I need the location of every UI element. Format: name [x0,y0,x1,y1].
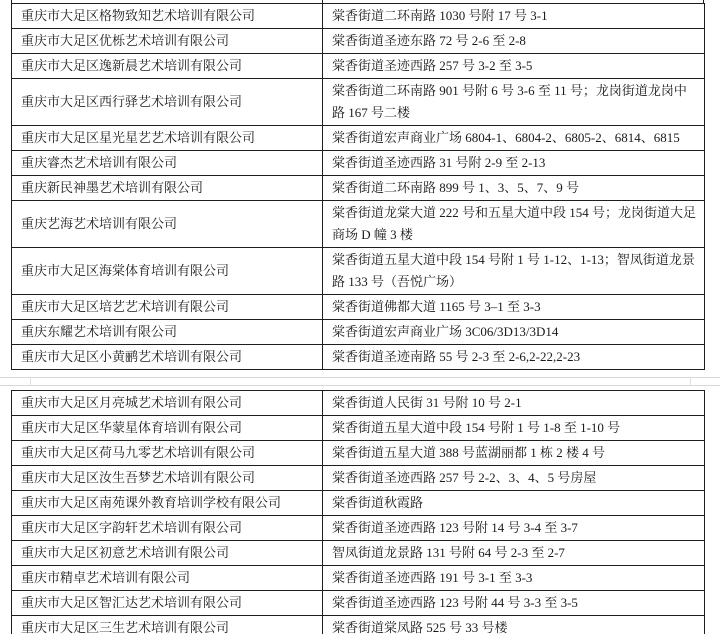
table-row: 重庆市大足区逸新晨艺术培训有限公司棠香街道圣迹西路 257 号 3-2 至 3-… [12,54,705,79]
company-name-cell: 重庆市大足区三生艺术培训有限公司 [12,616,323,634]
table-row: 重庆市大足区智汇达艺术培训有限公司棠香街道圣迹西路 123 号附 44 号 3-… [12,591,705,616]
table-row: 重庆市大足区小黄鹂艺术培训有限公司棠香街道圣迹南路 55 号 2-3 至 2-6… [12,345,705,370]
address-cell: 棠香街道圣迹西路 123 号附 44 号 3-3 至 3-5 [323,591,705,616]
address-cell: 棠香街道人民街 31 号附 10 号 2-1 [323,391,705,416]
table-row: 重庆市大足区南苑课外教育培训学校有限公司棠香街道秋霞路 [12,491,705,516]
license-table-page-1: 重庆市大足区格物致知艺术培训有限公司棠香街道二环南路 1030 号附 17 号 … [11,3,705,370]
company-name-cell: 重庆东耀艺术培训有限公司 [12,320,323,345]
table-row: 重庆市大足区月亮城艺术培训有限公司棠香街道人民街 31 号附 10 号 2-1 [12,391,705,416]
table-row: 重庆新民神墨艺术培训有限公司棠香街道二环南路 899 号 1、3、5、7、9 号 [12,176,705,201]
company-name-cell: 重庆睿杰艺术培训有限公司 [12,151,323,176]
company-name-cell: 重庆市大足区字韵轩艺术培训有限公司 [12,516,323,541]
table-row: 重庆市大足区华蒙星体育培训有限公司棠香街道五星大道中段 154 号附 1 号 1… [12,416,705,441]
company-name-cell: 重庆新民神墨艺术培训有限公司 [12,176,323,201]
address-cell: 棠香街道圣迹西路 123 号附 14 号 3-4 至 3-7 [323,516,705,541]
table-row: 重庆市大足区西行驿艺术培训有限公司棠香街道二环南路 901 号附 6 号 3-6… [12,79,705,126]
company-name-cell: 重庆市大足区海棠体育培训有限公司 [12,248,323,295]
address-cell: 棠香街道秋霞路 [323,491,705,516]
document-page: 重庆市大足区格物致知艺术培训有限公司棠香街道二环南路 1030 号附 17 号 … [0,0,720,634]
address-cell: 棠香街道圣迹南路 55 号 2-3 至 2-6,2-22,2-23 [323,345,705,370]
address-cell: 棠香街道宏声商业广场 6804-1、6804-2、6805-2、6814、681… [323,126,705,151]
table-row: 重庆市大足区格物致知艺术培训有限公司棠香街道二环南路 1030 号附 17 号 … [12,4,705,29]
table-row: 重庆市大足区汝生吾梦艺术培训有限公司棠香街道圣迹西路 257 号 2-2、3、4… [12,466,705,491]
company-name-cell: 重庆市大足区格物致知艺术培训有限公司 [12,4,323,29]
table-row: 重庆睿杰艺术培训有限公司棠香街道圣迹西路 31 号附 2-9 至 2-13 [12,151,705,176]
address-cell: 棠香街道圣迹西路 31 号附 2-9 至 2-13 [323,151,705,176]
address-cell: 棠香街道二环南路 899 号 1、3、5、7、9 号 [323,176,705,201]
table-row: 重庆市大足区星光星艺艺术培训有限公司棠香街道宏声商业广场 6804-1、6804… [12,126,705,151]
address-cell: 棠香街道二环南路 901 号附 6 号 3-6 至 11 号；龙岗街道龙岗中路 … [323,79,705,126]
company-name-cell: 重庆市大足区培艺艺术培训有限公司 [12,295,323,320]
company-name-cell: 重庆市大足区优栎艺术培训有限公司 [12,29,323,54]
company-name-cell: 重庆市大足区小黄鹂艺术培训有限公司 [12,345,323,370]
address-cell: 棠香街道佛都大道 1165 号 3–1 至 3-3 [323,295,705,320]
address-cell: 棠香街道龙棠大道 222 号和五星大道中段 154 号；龙岗街道大足商场 D 幢… [323,201,705,248]
table-row: 重庆东耀艺术培训有限公司棠香街道宏声商业广场 3C06/3D13/3D14 [12,320,705,345]
table-row: 重庆市精卓艺术培训有限公司棠香街道圣迹西路 191 号 3-1 至 3-3 [12,566,705,591]
page-top-edge [0,385,720,386]
table-row: 重庆市大足区字韵轩艺术培训有限公司棠香街道圣迹西路 123 号附 14 号 3-… [12,516,705,541]
company-name-cell: 重庆市大足区初意艺术培训有限公司 [12,541,323,566]
address-cell: 棠香街道圣迹西路 191 号 3-1 至 3-3 [323,566,705,591]
company-name-cell: 重庆市大足区月亮城艺术培训有限公司 [12,391,323,416]
address-cell: 棠香街道五星大道 388 号蓝湖丽都 1 栋 2 楼 4 号 [323,441,705,466]
company-name-cell: 重庆市大足区荷马九零艺术培训有限公司 [12,441,323,466]
company-name-cell: 重庆市大足区星光星艺艺术培训有限公司 [12,126,323,151]
page-corner-left [30,377,31,385]
company-name-cell: 重庆市精卓艺术培训有限公司 [12,566,323,591]
table-row: 重庆艺海艺术培训有限公司棠香街道龙棠大道 222 号和五星大道中段 154 号；… [12,201,705,248]
page-bottom-edge [0,377,720,378]
company-name-cell: 重庆市大足区华蒙星体育培训有限公司 [12,416,323,441]
company-name-cell: 重庆市大足区智汇达艺术培训有限公司 [12,591,323,616]
company-name-cell: 重庆市大足区西行驿艺术培训有限公司 [12,79,323,126]
table-row: 重庆市大足区海棠体育培训有限公司棠香街道五星大道中段 154 号附 1 号 1-… [12,248,705,295]
address-cell: 棠香街道圣迹东路 72 号 2-6 至 2-8 [323,29,705,54]
table-row: 重庆市大足区初意艺术培训有限公司智凤街道龙景路 131 号附 64 号 2-3 … [12,541,705,566]
address-cell: 棠香街道棠凤路 525 号 33 号楼 [323,616,705,634]
company-name-cell: 重庆市大足区逸新晨艺术培训有限公司 [12,54,323,79]
company-name-cell: 重庆艺海艺术培训有限公司 [12,201,323,248]
table-row: 重庆市大足区培艺艺术培训有限公司棠香街道佛都大道 1165 号 3–1 至 3-… [12,295,705,320]
address-cell: 棠香街道五星大道中段 154 号附 1 号 1-12、1-13；智凤街道龙景路 … [323,248,705,295]
address-cell: 棠香街道五星大道中段 154 号附 1 号 1-8 至 1-10 号 [323,416,705,441]
address-cell: 棠香街道圣迹西路 257 号 3-2 至 3-5 [323,54,705,79]
table-row: 重庆市大足区优栎艺术培训有限公司棠香街道圣迹东路 72 号 2-6 至 2-8 [12,29,705,54]
license-table-page-2: 重庆市大足区月亮城艺术培训有限公司棠香街道人民街 31 号附 10 号 2-1重… [11,390,705,634]
company-name-cell: 重庆市大足区汝生吾梦艺术培训有限公司 [12,466,323,491]
address-cell: 棠香街道宏声商业广场 3C06/3D13/3D14 [323,320,705,345]
table-row: 重庆市大足区三生艺术培训有限公司棠香街道棠凤路 525 号 33 号楼 [12,616,705,634]
address-cell: 智凤街道龙景路 131 号附 64 号 2-3 至 2-7 [323,541,705,566]
page-corner-right [690,377,691,385]
address-cell: 棠香街道圣迹西路 257 号 2-2、3、4、5 号房屋 [323,466,705,491]
company-name-cell: 重庆市大足区南苑课外教育培训学校有限公司 [12,491,323,516]
table-row: 重庆市大足区荷马九零艺术培训有限公司棠香街道五星大道 388 号蓝湖丽都 1 栋… [12,441,705,466]
address-cell: 棠香街道二环南路 1030 号附 17 号 3-1 [323,4,705,29]
